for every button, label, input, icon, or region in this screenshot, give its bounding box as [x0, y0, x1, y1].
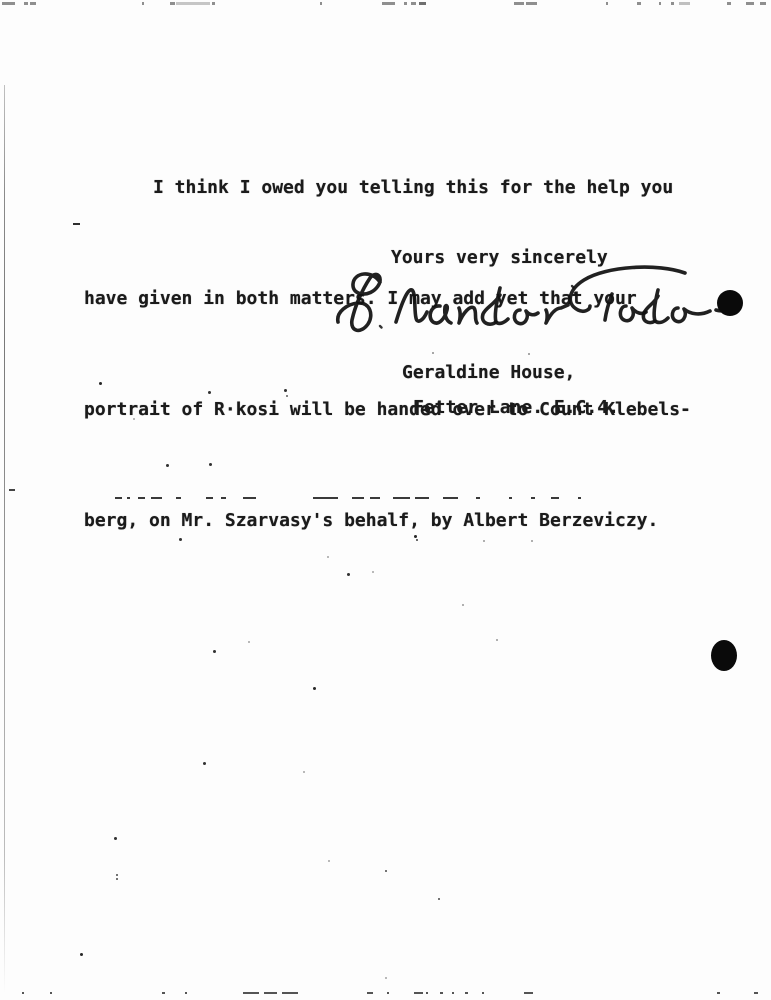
- ink-speck: [179, 538, 182, 541]
- top-edge-dash: [30, 2, 36, 5]
- letter-page: I think I owed you telling this for the …: [0, 0, 771, 1000]
- bottom-edge-dash: [50, 992, 52, 994]
- ink-speck: [385, 977, 387, 979]
- body-line-4: berg, on Mr. Szarvasy's behalf, by Alber…: [84, 502, 691, 539]
- ink-speck: [531, 540, 533, 542]
- top-edge-dash: [606, 2, 608, 5]
- stray-dash-mark: [9, 489, 15, 491]
- fold-line-dash: [138, 497, 145, 499]
- bottom-edge-dash: [367, 992, 373, 994]
- ink-speck: [80, 953, 83, 956]
- ink-speck: [462, 604, 464, 606]
- ink-speck: [385, 870, 387, 872]
- top-edge-dash: [760, 2, 766, 5]
- bottom-edge-dash: [185, 992, 187, 994]
- fold-line-dash: [243, 497, 256, 499]
- fold-line-dash: [370, 497, 380, 499]
- bottom-edge-dash: [162, 992, 165, 994]
- ink-speck: [114, 837, 117, 840]
- top-edge-dash: [659, 2, 661, 5]
- top-edge-dash: [382, 2, 395, 5]
- ink-speck: [528, 353, 530, 355]
- ink-speck: [347, 573, 350, 576]
- ink-speck: [303, 771, 305, 773]
- ink-speck: [116, 874, 118, 876]
- fold-line-dash: [578, 497, 581, 499]
- ink-speck: [203, 762, 206, 765]
- top-edge-dash: [320, 2, 322, 5]
- body-line-1: I think I owed you telling this for the …: [84, 169, 691, 206]
- fold-line-dash: [531, 497, 535, 499]
- ink-speck: [208, 391, 211, 394]
- ink-speck: [432, 352, 434, 354]
- top-edge-dash: [212, 2, 215, 5]
- top-edge-dash: [170, 2, 175, 5]
- fold-line-dash: [352, 497, 364, 499]
- bottom-edge-dash: [426, 992, 428, 994]
- ink-speck: [416, 539, 418, 541]
- bottom-edge-dash: [482, 992, 484, 994]
- bottom-edge-dash: [452, 992, 454, 994]
- stray-dash-mark: [73, 223, 80, 225]
- top-edge-dash: [727, 2, 731, 5]
- fold-line-dash: [443, 497, 458, 499]
- fold-line-dash: [115, 497, 122, 499]
- bottom-edge-dash: [282, 992, 298, 994]
- bottom-edge-dash: [387, 992, 389, 994]
- ink-speck: [99, 382, 102, 385]
- fold-line-dash: [551, 497, 559, 499]
- bottom-edge-dash: [465, 992, 468, 994]
- ink-speck: [414, 535, 417, 538]
- ink-speck: [248, 641, 250, 643]
- bottom-edge-dash: [414, 992, 423, 994]
- top-edge-dash: [404, 2, 407, 5]
- top-edge-dash: [419, 2, 426, 5]
- punch-hole-mark: [711, 640, 737, 671]
- top-edge-dash: [637, 2, 641, 5]
- address-line-2: Fetter Lane. E.C.4.: [413, 389, 619, 426]
- ink-speck: [209, 463, 212, 466]
- ink-speck: [328, 860, 330, 862]
- ink-speck: [284, 389, 287, 392]
- letter-body: I think I owed you telling this for the …: [84, 95, 691, 613]
- top-edge-dash: [2, 2, 15, 5]
- signature: [328, 260, 764, 344]
- punch-hole-mark: [717, 290, 743, 316]
- fold-line-dash: [176, 497, 181, 499]
- fold-line-dash: [221, 497, 226, 499]
- ink-speck: [438, 898, 440, 900]
- fold-line-dash: [476, 497, 480, 499]
- top-edge-dash: [526, 2, 537, 5]
- ink-speck: [213, 650, 216, 653]
- ink-speck: [166, 464, 169, 467]
- fold-line-dash: [206, 497, 213, 499]
- top-edge-dash: [514, 2, 524, 5]
- ink-speck: [372, 571, 374, 573]
- top-edge-dash: [24, 2, 28, 5]
- ink-speck: [133, 418, 135, 420]
- address-line-1: Geraldine House,: [402, 354, 575, 391]
- ink-speck: [286, 395, 288, 397]
- ink-speck: [313, 687, 316, 690]
- top-edge-dash: [671, 2, 674, 5]
- signature-svg: [328, 260, 764, 344]
- top-edge-dash: [411, 2, 416, 5]
- top-edge-dash: [176, 2, 210, 5]
- top-edge-dash: [679, 2, 690, 5]
- fold-line-dash: [127, 497, 130, 499]
- scan-edge-line: [4, 85, 5, 993]
- ink-speck: [483, 540, 485, 542]
- fold-line-dash: [151, 497, 162, 499]
- top-edge-dash: [746, 2, 754, 5]
- top-edge-dash: [142, 2, 144, 5]
- fold-line-dash: [509, 497, 512, 499]
- bottom-edge-dash: [243, 992, 259, 994]
- ink-speck: [116, 878, 118, 880]
- bottom-edge-dash: [440, 992, 443, 994]
- fold-line-dash: [393, 497, 410, 499]
- ink-speck: [327, 556, 329, 558]
- fold-line-dash: [313, 497, 338, 499]
- bottom-edge-dash: [264, 992, 277, 994]
- ink-speck: [496, 639, 498, 641]
- fold-line-dash: [415, 497, 429, 499]
- bottom-edge-dash: [717, 992, 720, 994]
- bottom-edge-dash: [754, 992, 758, 994]
- bottom-edge-dash: [22, 992, 24, 994]
- bottom-edge-dash: [524, 992, 533, 994]
